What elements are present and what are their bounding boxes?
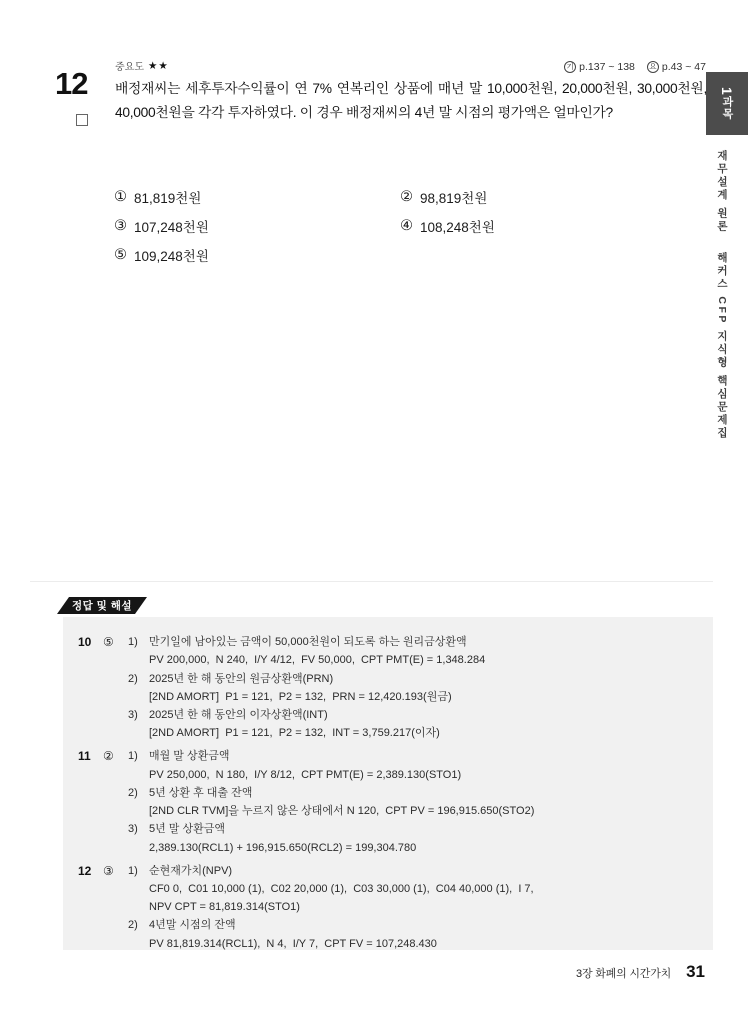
step-line: NPV CPT = 81,819.314(STO1): [149, 898, 534, 916]
subject-tab-label: 과목: [721, 96, 733, 120]
step-line: CF0 0, C01 10,000 (1), C02 20,000 (1), C…: [149, 880, 534, 898]
step-body: 5년 상환 후 대출 잔액 [2ND CLR TVM]을 누르지 않은 상태에서…: [149, 784, 534, 821]
star-icons: ★★: [148, 60, 169, 72]
step-body: 만기일에 남아있는 금액이 50,000천원이 되도록 하는 원리금상환액 PV…: [149, 633, 485, 670]
option-1: ① 81,819천원: [114, 187, 400, 207]
importance-label: 중요도: [115, 58, 144, 73]
option-4: ④ 108,248천원: [400, 216, 676, 236]
option-3-text: 107,248천원: [134, 216, 209, 236]
step-number: 2): [128, 784, 149, 821]
answer-choice-mark: ③: [103, 862, 128, 950]
step-line: 2025년 한 해 동안의 원금상환액(PRN): [149, 670, 452, 688]
answer-item-10: 10 ⑤ 1) 만기일에 남아있는 금액이 50,000천원이 되도록 하는 원…: [78, 633, 703, 743]
answers-badge: 정답 및 해설: [57, 597, 147, 614]
option-3: ③ 107,248천원: [114, 216, 400, 236]
page-number: 31: [686, 962, 705, 982]
option-3-marker: ③: [114, 218, 127, 234]
option-5: ⑤ 109,248천원: [114, 245, 400, 265]
answer-choice-mark: ②: [103, 747, 128, 857]
step-line: 매월 말 상환금액: [149, 747, 461, 765]
step-number: 3): [128, 706, 149, 743]
step-line: 5년 상환 후 대출 잔액: [149, 784, 534, 802]
step-line: [2ND CLR TVM]을 누르지 않은 상태에서 N 120, CPT PV…: [149, 802, 534, 820]
answer-item-11: 11 ② 1) 매월 말 상환금액 PV 250,000, N 180, I/Y…: [78, 747, 703, 857]
section-divider: [30, 581, 713, 582]
sidebar-series-title: 재무설계 원론: [715, 150, 730, 233]
reference-pages: p.137 ~ 138: [579, 61, 635, 73]
sidebar-book-title: 해커스 CFP 지식형 핵심문제집: [715, 252, 730, 440]
answer-question-number: 11: [78, 747, 103, 857]
option-1-text: 81,819천원: [134, 187, 201, 207]
step-number: 1): [128, 633, 149, 670]
step-line: 2,389.130(RCL1) + 196,915.650(RCL2) = 19…: [149, 839, 416, 857]
answer-options: ① 81,819천원 ② 98,819천원 ③ 107,248천원 ④ 108,…: [114, 187, 676, 265]
reference-basic-book: 기 p.137 ~ 138: [564, 61, 635, 73]
importance-rating: 중요도 ★★: [115, 58, 169, 73]
step-number: 2): [128, 916, 149, 950]
step-line: [2ND AMORT] P1 = 121, P2 = 132, PRN = 12…: [149, 688, 452, 706]
step: 1) 순현재가치(NPV) CF0 0, C01 10,000 (1), C02…: [128, 862, 703, 917]
option-2: ② 98,819천원: [400, 187, 676, 207]
step-line: 만기일에 남아있는 금액이 50,000천원이 되도록 하는 원리금상환액: [149, 633, 485, 651]
step-body: 2025년 한 해 동안의 원금상환액(PRN) [2ND AMORT] P1 …: [149, 670, 452, 707]
step-number: 1): [128, 747, 149, 784]
answer-steps: 1) 매월 말 상환금액 PV 250,000, N 180, I/Y 8/12…: [128, 747, 703, 857]
answer-item-12: 12 ③ 1) 순현재가치(NPV) CF0 0, C01 10,000 (1)…: [78, 862, 703, 950]
option-2-text: 98,819천원: [420, 187, 487, 207]
reference-pages: p.43 ~ 47: [662, 61, 706, 73]
answer-steps: 1) 만기일에 남아있는 금액이 50,000천원이 되도록 하는 원리금상환액…: [128, 633, 703, 743]
step: 1) 매월 말 상환금액 PV 250,000, N 180, I/Y 8/12…: [128, 747, 703, 784]
step-body: 2025년 한 해 동안의 이자상환액(INT) [2ND AMORT] P1 …: [149, 706, 440, 743]
page-footer: 3장 화폐의 시간가치 31: [576, 962, 705, 982]
question-header: 중요도 ★★ 기 p.137 ~ 138 요 p.43 ~ 47: [115, 58, 706, 73]
step-line: PV 81,819.314(RCL1), N 4, I/Y 7, CPT FV …: [149, 935, 437, 950]
step-line: 5년 말 상환금액: [149, 820, 416, 838]
question-number: 12: [55, 66, 87, 102]
step: 2) 2025년 한 해 동안의 원금상환액(PRN) [2ND AMORT] …: [128, 670, 703, 707]
step-body: 5년 말 상환금액 2,389.130(RCL1) + 196,915.650(…: [149, 820, 416, 857]
subject-tab: 1과목: [706, 72, 748, 135]
step-number: 1): [128, 862, 149, 917]
step-number: 2): [128, 670, 149, 707]
step-body: 4년말 시점의 잔액 PV 81,819.314(RCL1), N 4, I/Y…: [149, 916, 437, 950]
step: 3) 5년 말 상환금액 2,389.130(RCL1) + 196,915.6…: [128, 820, 703, 857]
circled-gi-icon: 기: [564, 61, 576, 73]
step-number: 3): [128, 820, 149, 857]
option-4-text: 108,248천원: [420, 216, 495, 236]
circled-yo-icon: 요: [647, 61, 659, 73]
subject-tab-text: 1과목: [718, 87, 736, 120]
step-body: 매월 말 상환금액 PV 250,000, N 180, I/Y 8/12, C…: [149, 747, 461, 784]
step-line: 2025년 한 해 동안의 이자상환액(INT): [149, 706, 440, 724]
explanation-box: 10 ⑤ 1) 만기일에 남아있는 금액이 50,000천원이 되도록 하는 원…: [63, 617, 713, 950]
step: 3) 2025년 한 해 동안의 이자상환액(INT) [2ND AMORT] …: [128, 706, 703, 743]
step-body: 순현재가치(NPV) CF0 0, C01 10,000 (1), C02 20…: [149, 862, 534, 917]
step: 2) 5년 상환 후 대출 잔액 [2ND CLR TVM]을 누르지 않은 상…: [128, 784, 703, 821]
answer-question-number: 12: [78, 862, 103, 950]
chapter-title: 3장 화폐의 시간가치: [576, 965, 671, 981]
answer-steps: 1) 순현재가치(NPV) CF0 0, C01 10,000 (1), C02…: [128, 862, 703, 950]
reference-summary-book: 요 p.43 ~ 47: [647, 61, 706, 73]
option-2-marker: ②: [400, 189, 413, 205]
step-line: 4년말 시점의 잔액: [149, 916, 437, 934]
step-line: [2ND AMORT] P1 = 121, P2 = 132, INT = 3,…: [149, 724, 440, 742]
answer-choice-mark: ⑤: [103, 633, 128, 743]
subject-tab-number: 1: [719, 87, 735, 96]
page-references: 기 p.137 ~ 138 요 p.43 ~ 47: [564, 61, 706, 73]
step-line: PV 200,000, N 240, I/Y 4/12, FV 50,000, …: [149, 651, 485, 669]
step: 2) 4년말 시점의 잔액 PV 81,819.314(RCL1), N 4, …: [128, 916, 703, 950]
option-4-marker: ④: [400, 218, 413, 234]
option-5-marker: ⑤: [114, 247, 127, 263]
question-text: 배정재씨는 세후투자수익률이 연 7% 연복리인 상품에 매년 말 10,000…: [115, 77, 707, 125]
step: 1) 만기일에 남아있는 금액이 50,000천원이 되도록 하는 원리금상환액…: [128, 633, 703, 670]
question-checkbox: [76, 114, 88, 126]
step-line: PV 250,000, N 180, I/Y 8/12, CPT PMT(E) …: [149, 766, 461, 784]
option-5-text: 109,248천원: [134, 245, 209, 265]
option-1-marker: ①: [114, 189, 127, 205]
answer-question-number: 10: [78, 633, 103, 743]
step-line: 순현재가치(NPV): [149, 862, 534, 880]
